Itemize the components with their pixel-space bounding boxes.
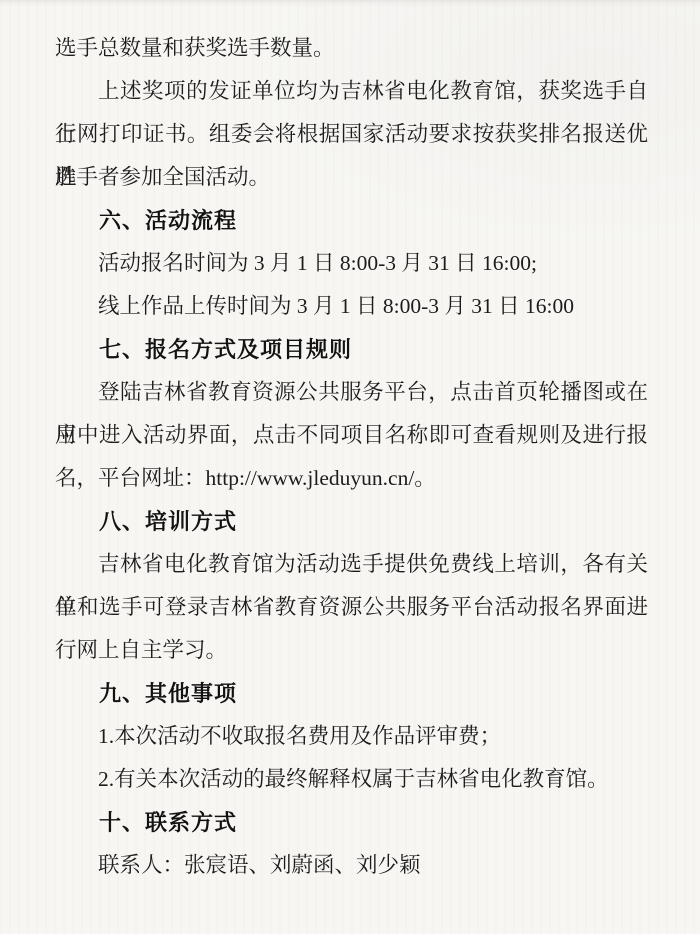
text-line-platform-url: 名，平台网址：http://www.jleduyun.cn/。 [55, 457, 648, 500]
text-line-contact-persons: 联系人：张宸语、刘蔚函、刘少颖 [55, 844, 648, 887]
text-line: 登陆吉林省教育资源公共服务平台，点击首页轮播图或在应 [55, 371, 648, 414]
text-line: 上网打印证书。组委会将根据国家活动要求按获奖排名报送优胜 [55, 113, 648, 156]
scanned-document-page: 选手总数量和获奖选手数量。 上述奖项的发证单位均为吉林省电化教育馆，获奖选手自行… [0, 0, 700, 934]
section-heading-registration-rules: 七、报名方式及项目规则 [55, 328, 648, 371]
text-line: 2.有关本次活动的最终解释权属于吉林省电化教育馆。 [55, 758, 648, 801]
text-line: 选手总数量和获奖选手数量。 [55, 27, 648, 70]
text-line: 行网上自主学习。 [55, 629, 648, 672]
text-line: 上述奖项的发证单位均为吉林省电化教育馆，获奖选手自行 [55, 70, 648, 113]
text-line: 活动报名时间为 3 月 1 日 8:00-3 月 31 日 16:00; [55, 242, 648, 285]
text-line: 位和选手可登录吉林省教育资源公共服务平台活动报名界面进 [55, 586, 648, 629]
text-line: 选手者参加全国活动。 [55, 156, 648, 199]
section-heading-training-method: 八、培训方式 [55, 500, 648, 543]
section-heading-other-matters: 九、其他事项 [55, 672, 648, 715]
text-line: 1.本次活动不收取报名费用及作品评审费； [55, 715, 648, 758]
text-line: 吉林省电化教育馆为活动选手提供免费线上培训，各有关单 [55, 543, 648, 586]
section-heading-activity-process: 六、活动流程 [55, 199, 648, 242]
text-line: 用中进入活动界面，点击不同项目名称即可查看规则及进行报 [55, 414, 648, 457]
document-body: 选手总数量和获奖选手数量。 上述奖项的发证单位均为吉林省电化教育馆，获奖选手自行… [55, 27, 648, 887]
section-heading-contact-info: 十、联系方式 [55, 801, 648, 844]
text-line: 线上作品上传时间为 3 月 1 日 8:00-3 月 31 日 16:00 [55, 285, 648, 328]
